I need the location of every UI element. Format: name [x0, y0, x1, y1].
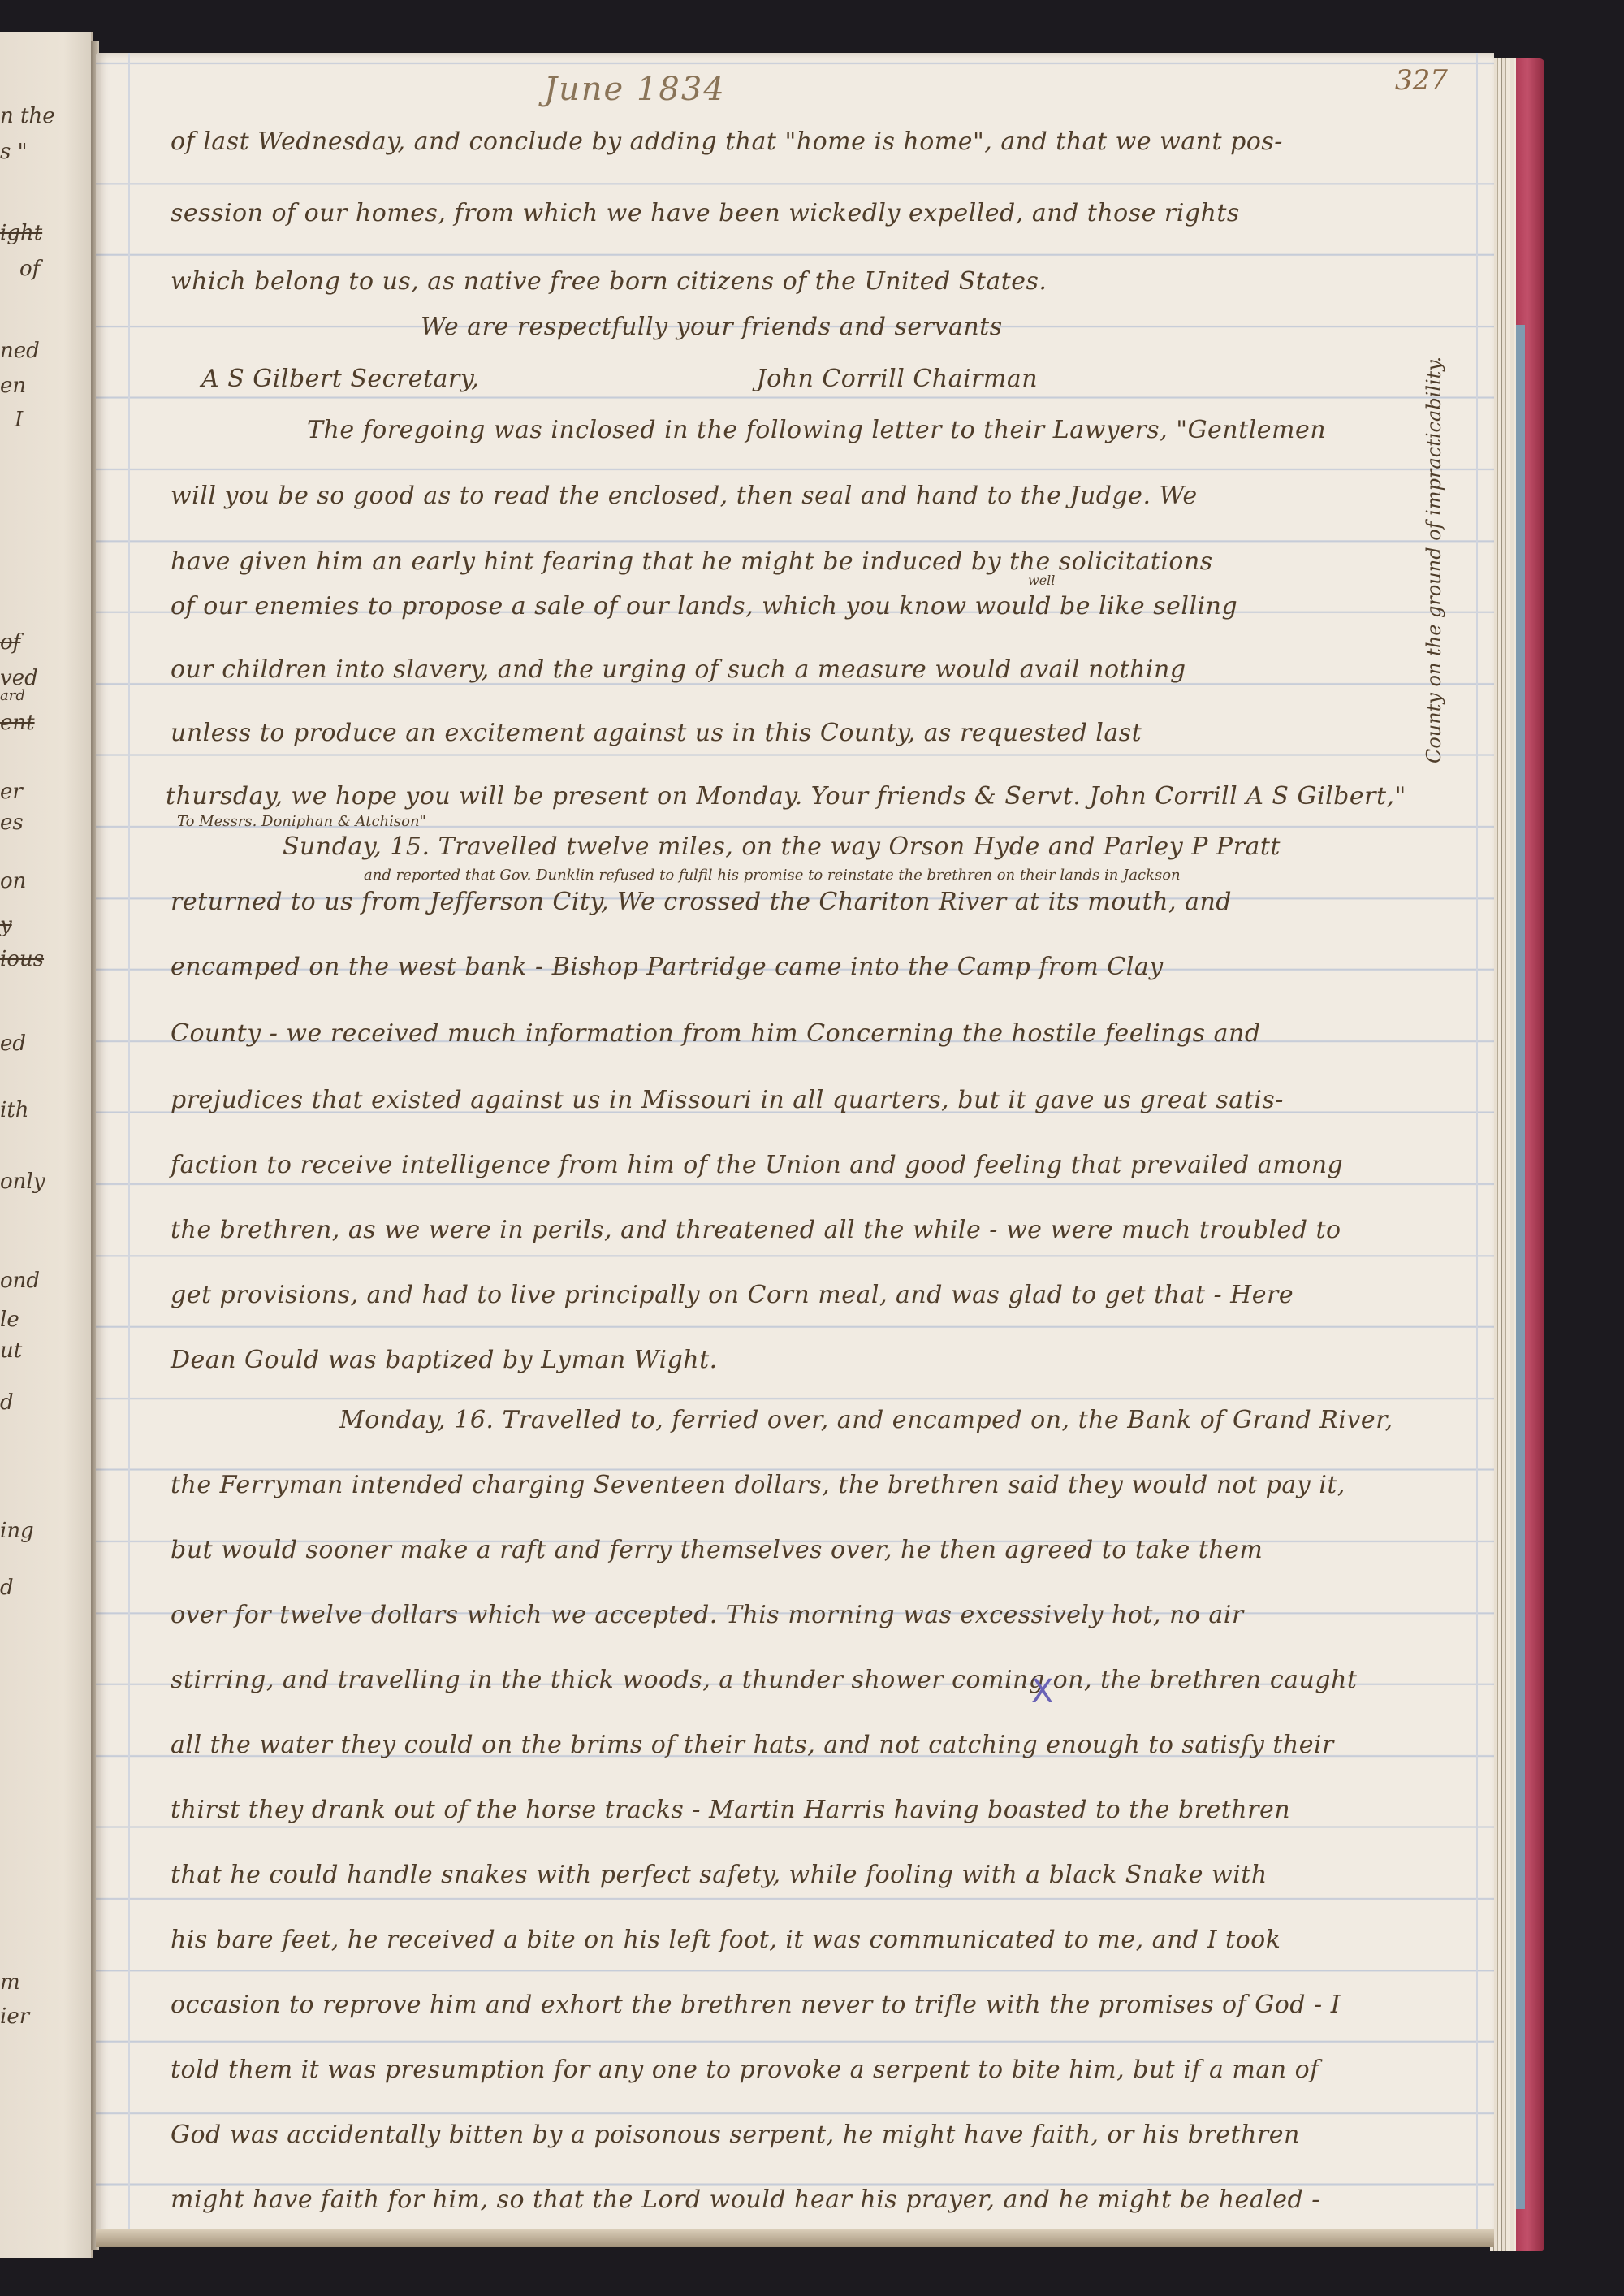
left-page-fragment: s ": [0, 140, 28, 164]
left-page-fragment: ut: [0, 1338, 22, 1363]
text-line: faction to receive intelligence from him…: [171, 1151, 1453, 1179]
page-number: 327: [1395, 64, 1448, 97]
left-page-fragment: ned: [0, 339, 40, 363]
text-line: The foregoing was inclosed in the follow…: [307, 416, 1590, 444]
text-line: Dean Gould was baptized by Lyman Wight.: [171, 1346, 1453, 1374]
manuscript-page: June 1834 327 of last Wednesday, and con…: [96, 53, 1494, 2246]
text-line: the brethren, as we were in perils, and …: [171, 1216, 1453, 1244]
left-page-fragment: d: [0, 1390, 14, 1415]
text-line: County - we received much information fr…: [171, 1019, 1453, 1048]
text-line: returned to us from Jefferson City, We c…: [171, 888, 1453, 916]
text-line: the Ferryman intended charging Seventeen…: [171, 1471, 1453, 1499]
text-line: over for twelve dollars which we accepte…: [171, 1601, 1453, 1629]
left-page-fragment: of: [0, 630, 20, 655]
left-facing-page: n the s " ight of ned en I of ved ard en…: [0, 32, 93, 2258]
left-page-fragment: ond: [0, 1269, 40, 1293]
left-page-fragment: m: [0, 1970, 20, 1995]
left-page-fragment: le: [0, 1308, 19, 1332]
text-line: God was accidentally bitten by a poisono…: [171, 2121, 1453, 2149]
entry-heading-sunday-15: Sunday, 15. Travelled twelve miles, on t…: [283, 832, 1566, 861]
left-page-fragment: ing: [0, 1519, 34, 1543]
left-page-fragment: es: [0, 811, 24, 835]
left-page-fragment: on: [0, 869, 26, 893]
text-line: have given him an early hint fearing tha…: [171, 547, 1453, 576]
text-line: of our enemies to propose a sale of our …: [171, 592, 1453, 620]
page-header-date: June 1834: [544, 71, 726, 108]
text-line: thirst they drank out of the horse track…: [171, 1796, 1453, 1824]
text-line: our children into slavery, and the urgin…: [171, 655, 1453, 684]
text-line: encamped on the west bank - Bishop Partr…: [171, 953, 1453, 981]
left-page-fragment: y: [0, 913, 12, 937]
left-page-fragment: ier: [0, 2004, 29, 2029]
margin-note-vertical: County on the ground of impracticability…: [1423, 357, 1445, 763]
entry-heading-monday-16: Monday, 16. Travelled to, ferried over, …: [339, 1406, 1622, 1434]
margin-rule: [128, 53, 130, 2246]
text-line: all the water they could on the brims of…: [171, 1731, 1453, 1759]
interlinear-insertion: and reported that Gov. Dunklin refused t…: [364, 867, 1181, 884]
left-page-fragment: d: [0, 1576, 14, 1600]
text-line: prejudices that existed against us in Mi…: [171, 1086, 1453, 1114]
torn-page-bottom: [96, 2229, 1494, 2247]
text-line: told them it was presumption for any one…: [171, 2056, 1453, 2084]
text-line: which belong to us, as native free born …: [171, 267, 1453, 296]
text-line: might have faith for him, so that the Lo…: [171, 2186, 1453, 2214]
left-page-fragment: er: [0, 780, 23, 804]
left-page-fragment: ith: [0, 1098, 29, 1122]
text-line: get provisions, and had to live principa…: [171, 1281, 1453, 1309]
text-line: of last Wednesday, and conclude by addin…: [171, 128, 1453, 156]
left-page-fragment: ard: [0, 687, 25, 704]
text-line: his bare feet, he received a bite on his…: [171, 1926, 1453, 1954]
text-line: will you be so good as to read the enclo…: [171, 482, 1453, 510]
text-line: thursday, we hope you will be present on…: [166, 782, 1449, 811]
signature-line: A S Gilbert Secretary, John Corrill Chai…: [201, 365, 1484, 393]
text-line: but would sooner make a raft and ferry t…: [171, 1536, 1453, 1564]
left-page-fragment: ent: [0, 711, 35, 735]
left-page-fragment: ight: [0, 221, 42, 245]
left-page-fragment: of: [19, 257, 40, 281]
text-line: unless to produce an excitement against …: [171, 719, 1453, 747]
left-page-fragment: en: [0, 374, 26, 398]
text-line: occasion to reprove him and exhort the b…: [171, 1991, 1453, 2019]
left-page-fragment: I: [15, 408, 23, 432]
closing-line: We are respectfully your friends and ser…: [421, 313, 1624, 341]
left-page-fragment: n the: [0, 104, 55, 128]
left-page-fragment: ious: [0, 947, 44, 971]
x-mark-annotation: X: [1031, 1673, 1053, 1710]
interlinear-insertion: well: [1028, 573, 1055, 588]
text-line: that he could handle snakes with perfect…: [171, 1861, 1453, 1889]
interlinear-insertion: To Messrs. Doniphan & Atchison": [177, 813, 426, 830]
left-page-fragment: only: [0, 1170, 45, 1194]
text-line: session of our homes, from which we have…: [171, 199, 1453, 227]
left-page-fragment: ed: [0, 1031, 26, 1056]
text-line: stirring, and travelling in the thick wo…: [171, 1666, 1453, 1694]
